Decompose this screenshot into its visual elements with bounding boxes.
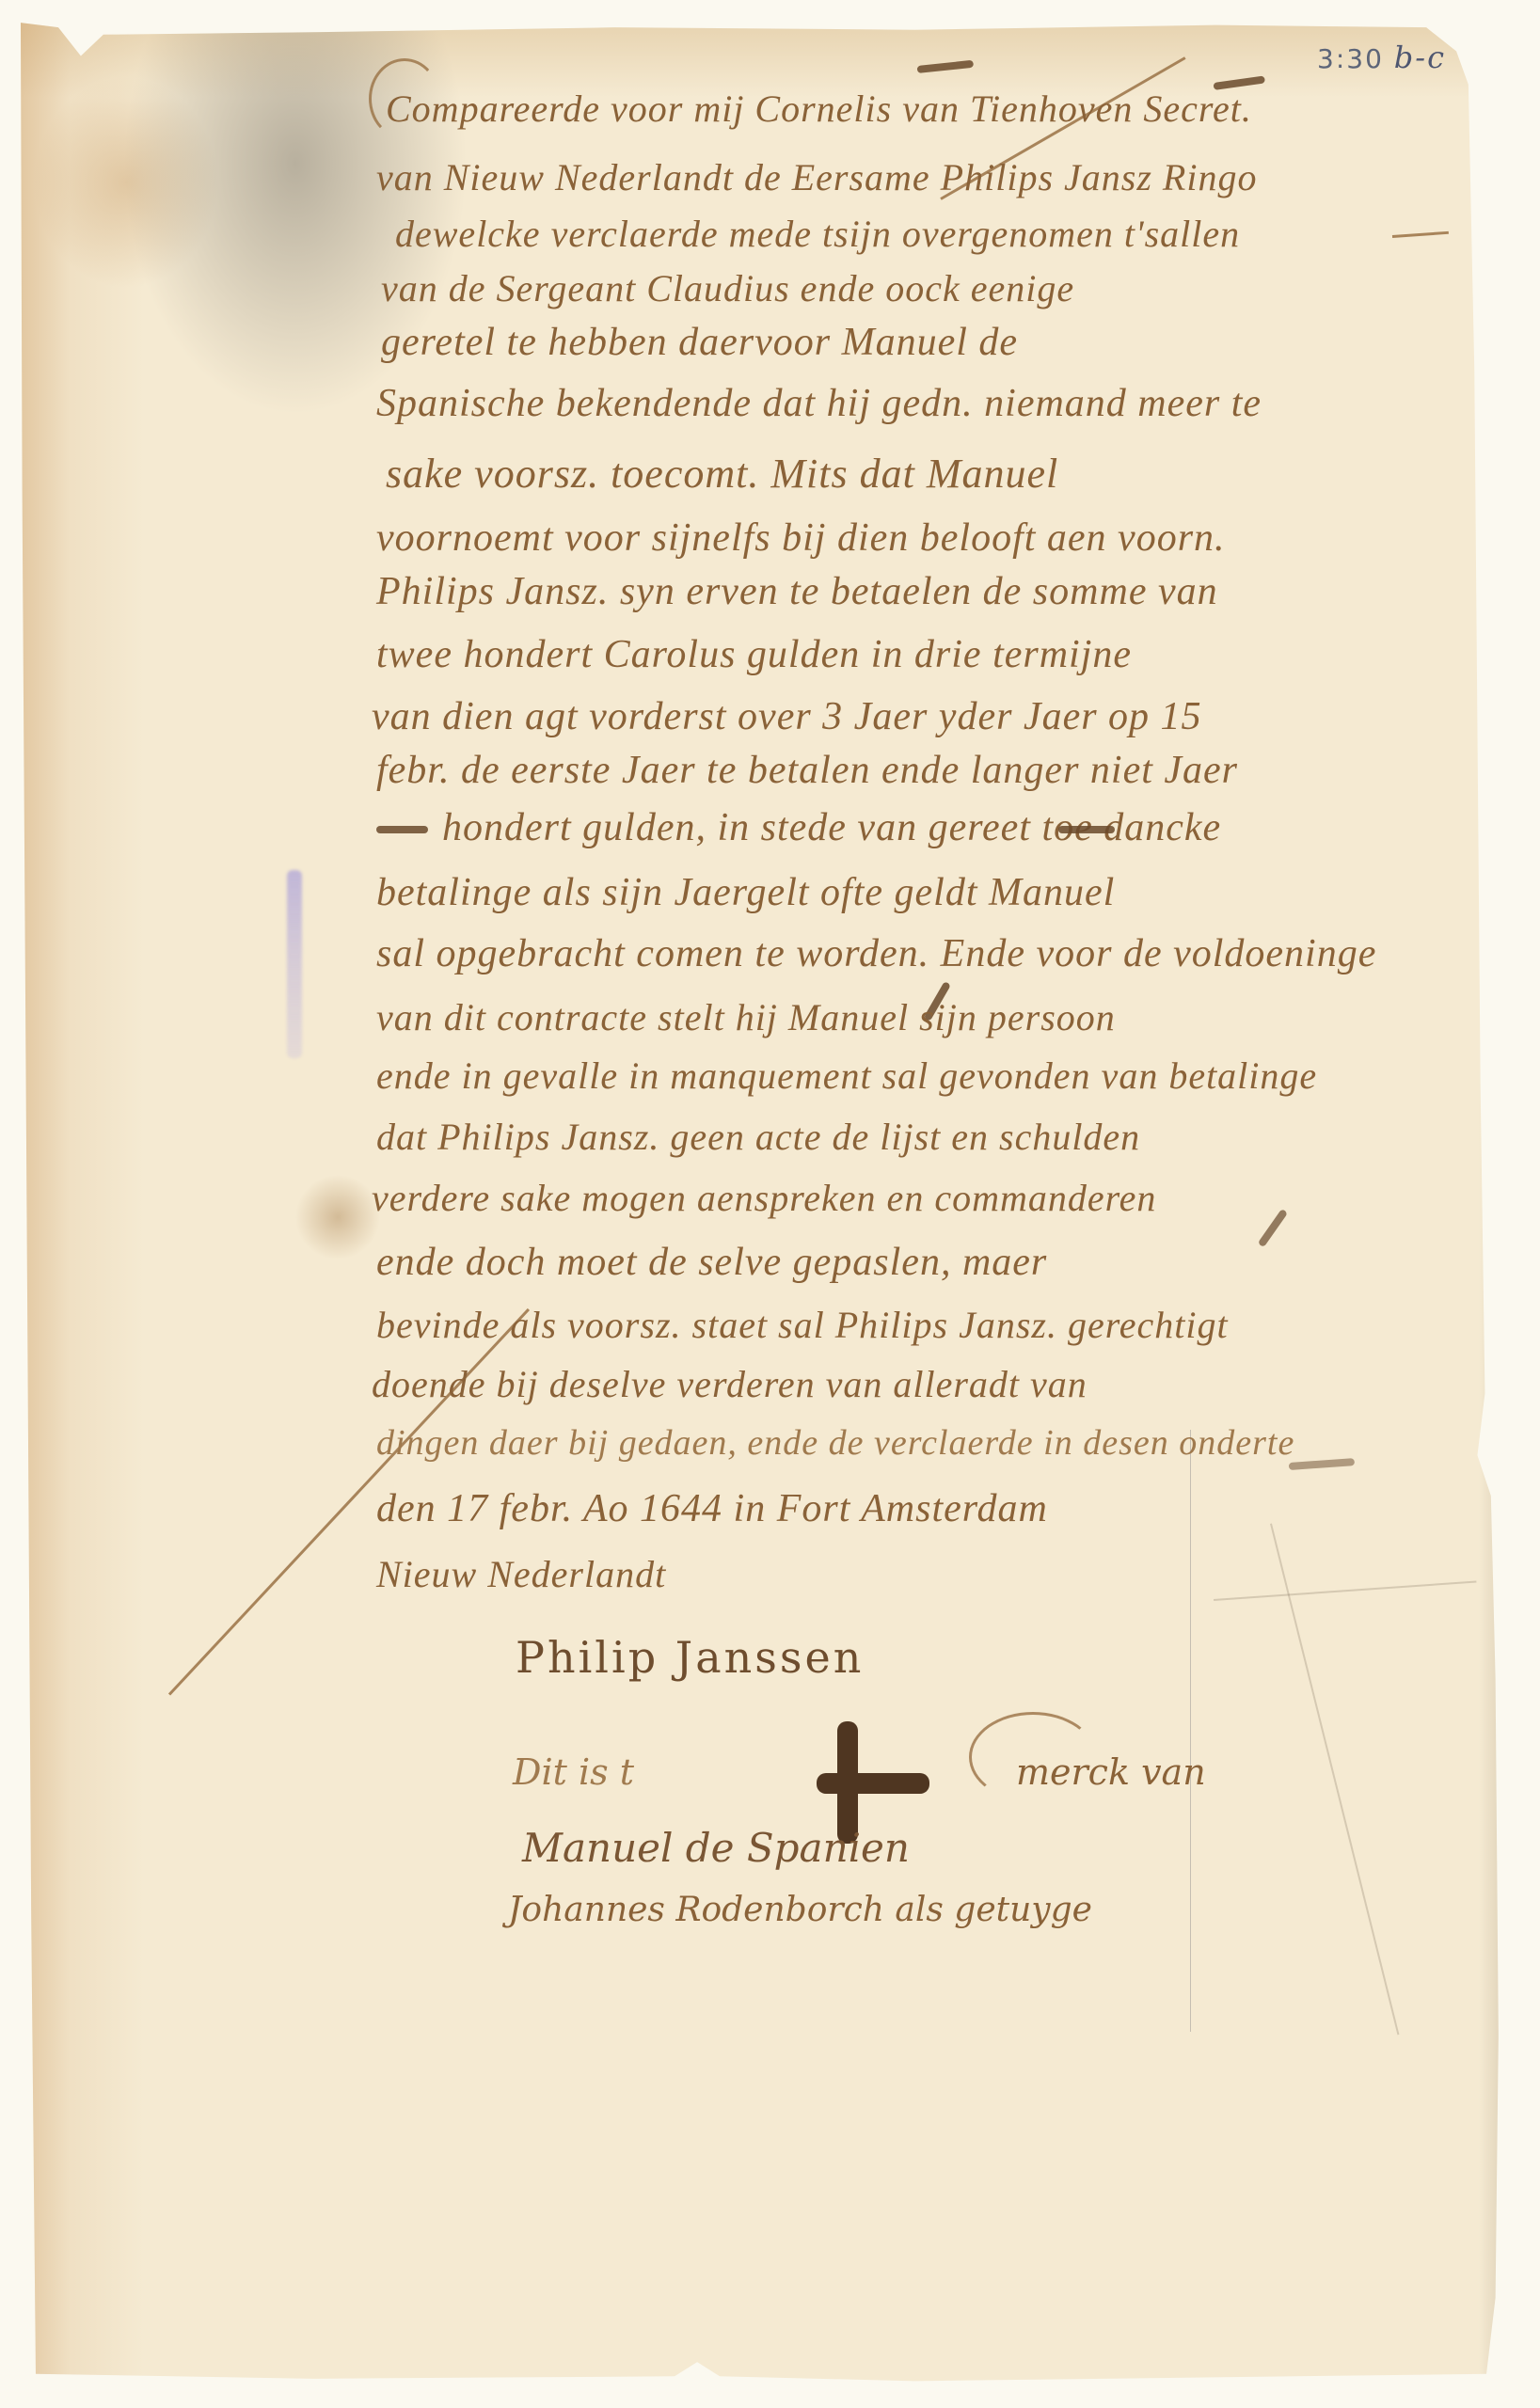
manuscript-line-22: doende bij deselve verderen van alleradt… <box>372 1362 1088 1406</box>
manuscript-line-10: twee hondert Carolus gulden in drie term… <box>376 632 1132 677</box>
manuscript-line-7: sake voorsz. toecomt. Mits dat Manuel <box>386 450 1058 498</box>
manuscript-line-24-date: den 17 febr. Ao 1644 in Fort Amsterdam <box>376 1486 1048 1531</box>
manuscript-line-12: febr. de eerste Jaer te betalen ende lan… <box>376 748 1238 793</box>
archive-reference-suffix: b-c <box>1394 40 1446 75</box>
pencil-ruling-line <box>1190 1430 1191 2032</box>
manuscript-line-21: bevinde als voorsz. staet sal Philips Ja… <box>376 1303 1229 1347</box>
manuscript-line-15: sal opgebracht comen te worden. Ende voo… <box>376 931 1376 976</box>
manuscript-line-14: betalinge als sijn Jaergelt ofte geldt M… <box>376 870 1115 915</box>
manuscript-line-4: van de Sergeant Claudius ende oock eenig… <box>381 266 1074 310</box>
witness-attestation-prefix: Dit is t <box>513 1751 634 1793</box>
manuscript-line-23: dingen daer bij gedaen, ende de verclaer… <box>376 1422 1294 1464</box>
manuscript-line-19: verdere sake mogen aenspreken en command… <box>372 1176 1156 1220</box>
signature-philip-janssen: Philip Janssen <box>516 1632 864 1683</box>
mark-label: merck van <box>1016 1751 1206 1793</box>
manuscript-line-20: ende doch moet de selve gepaslen, maer <box>376 1240 1047 1285</box>
manuscript-line-25-place: Nieuw Nederlandt <box>376 1552 666 1596</box>
signature-manuel-de-spanien: Manuel de Spanien <box>522 1825 910 1871</box>
manuscript-line-1: Compareerde voor mij Cornelis van Tienho… <box>386 87 1252 131</box>
manuscript-line-11: van dien agt vorderst over 3 Jaer yder J… <box>372 694 1202 739</box>
manuscript-line-2: van Nieuw Nederlandt de Eersame Philips … <box>376 155 1257 199</box>
signature-mark-cross-bar <box>817 1773 929 1794</box>
struck-out-word <box>376 826 428 833</box>
manuscript-line-9: Philips Jansz. syn erven te betaelen de … <box>376 569 1218 614</box>
signature-witness-rodenborch: Johannes Rodenborch als getuyge <box>508 1891 1092 1929</box>
manuscript-line-16: van dit contracte stelt hij Manuel sijn … <box>376 995 1116 1039</box>
manuscript-line-8: voornoemt voor sijnelfs bij dien belooft… <box>376 515 1226 561</box>
manuscript-line-6: Spanische bekendende dat hij gedn. niema… <box>376 381 1262 426</box>
manuscript-line-18: dat Philips Jansz. geen acte de lijst en… <box>376 1115 1140 1159</box>
struck-out-word-2 <box>1058 826 1115 833</box>
archive-reference-number: 3:30 b-c <box>1317 40 1446 75</box>
manuscript-line-3: dewelcke verclaerde mede tsijn overgenom… <box>395 212 1240 256</box>
manuscript-line-5: geretel te hebben daervoor Manuel de <box>381 320 1018 365</box>
faded-purple-stamp-mark <box>287 870 302 1058</box>
manuscript-line-17: ende in gevalle in manquement sal gevond… <box>376 1053 1317 1098</box>
archive-reference: 3:30 <box>1317 43 1384 74</box>
